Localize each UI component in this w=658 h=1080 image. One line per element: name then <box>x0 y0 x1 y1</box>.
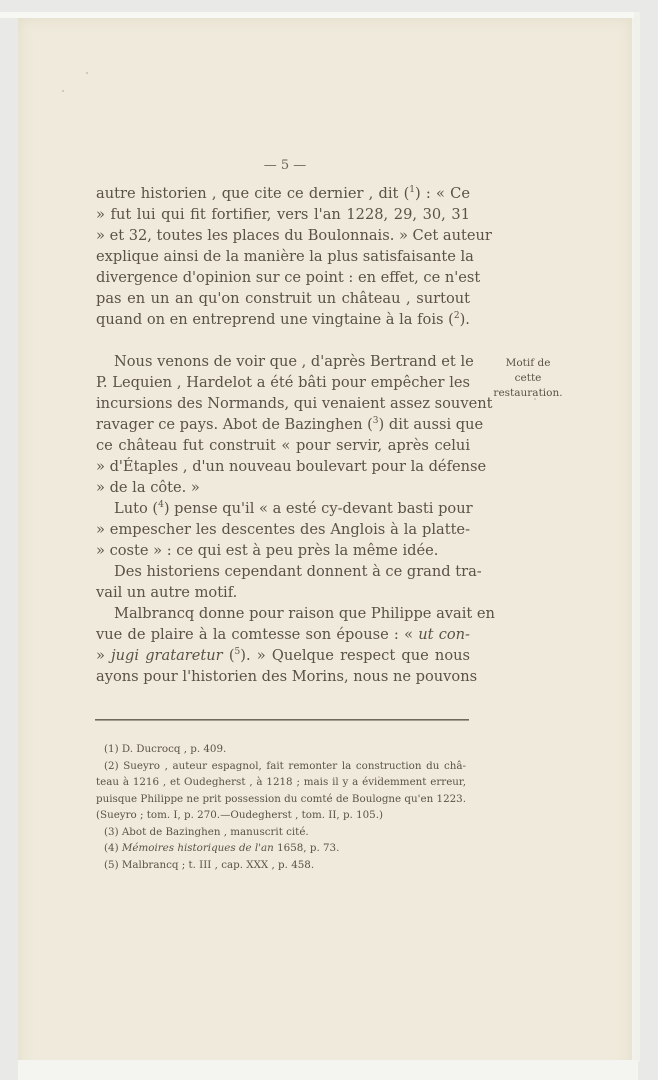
page-edge-bottom <box>18 1060 638 1080</box>
paper-speck <box>378 776 380 778</box>
paragraph-2: Nous venons de voir que , d'après Bertra… <box>96 351 470 687</box>
text-line: ravager ce pays. Abot de Bazinghen (3) d… <box>96 414 470 435</box>
text-line: explique ainsi de la manière la plus sat… <box>96 246 470 267</box>
text-line: » coste » : ce qui est à peu près la mêm… <box>96 540 470 561</box>
footnote-3: (3) Abot de Bazinghen , manuscrit cité. <box>96 824 470 841</box>
margin-note-line: restauration. <box>484 386 572 401</box>
text-line: » fut lui qui fit fortifier, vers l'an 1… <box>96 204 470 225</box>
paper-speck <box>62 90 64 92</box>
paragraph-1: autre historien , que cite ce dernier , … <box>96 183 470 330</box>
text-line: Nous venons de voir que , d'après Bertra… <box>96 351 470 372</box>
footnotes: (1) D. Ducrocq , p. 409. (2) Sueyro , au… <box>96 741 470 873</box>
text-line: » d'Étaples , d'un nouveau boulevart pou… <box>96 456 470 477</box>
page-number: — 5 — <box>255 158 315 173</box>
footnote-separator <box>95 719 469 721</box>
scanned-page-view: — 5 — autre historien , que cite ce dern… <box>0 0 658 1080</box>
footnote-4: (4) Mémoires historiques de l'an 1658, p… <box>96 840 470 857</box>
footnote-2-line: teau à 1216 , et Oudegherst , à 1218 ; m… <box>96 774 466 791</box>
text-line: » jugi grataretur (5). » Quelque respect… <box>96 645 470 666</box>
footnote-1: (1) D. Ducrocq , p. 409. <box>96 741 470 758</box>
text-line: vail un autre motif. <box>96 582 470 603</box>
footnote-2-line: (2) Sueyro , auteur espagnol, fait remon… <box>96 758 466 775</box>
text-line: Luto (4) pense qu'il « a esté cy-devant … <box>96 498 470 519</box>
text-line: ce château fut construit « pour servir, … <box>96 435 470 456</box>
text-line: » de la côte. » <box>96 477 470 498</box>
page-edge-right <box>634 12 640 1062</box>
margin-note-line: cette <box>484 371 572 386</box>
text-line: incursions des Normands, qui venaient as… <box>96 393 470 414</box>
text-line: » et 32, toutes les places du Boulonnais… <box>96 225 470 246</box>
text-line: P. Lequien , Hardelot a été bâti pour em… <box>96 372 470 393</box>
footnote-2-line: (Sueyro ; tom. I, p. 270.—Oudegherst , t… <box>96 807 470 824</box>
text-line: pas en un an qu'on construit un château … <box>96 288 470 309</box>
text-line: vue de plaire à la comtesse son épouse :… <box>96 624 470 645</box>
text-line: quand on en entreprend une vingtaine à l… <box>96 309 470 330</box>
text-line: divergence d'opinion sur ce point : en e… <box>96 267 470 288</box>
footnote-5: (5) Malbrancq ; t. III , cap. XXX , p. 4… <box>96 857 470 874</box>
footnote-2-line: puisque Philippe ne prit possession du c… <box>96 791 466 808</box>
paper-speck <box>534 398 536 400</box>
paper-speck <box>86 72 88 74</box>
text-line: ayons pour l'historien des Morins, nous … <box>96 666 470 687</box>
margin-note: Motif de cette restauration. <box>484 356 572 401</box>
margin-note-line: Motif de <box>484 356 572 371</box>
text-line: autre historien , que cite ce dernier , … <box>96 183 470 204</box>
text-line: » empescher les descentes des Anglois à … <box>96 519 470 540</box>
text-line: Des historiens cependant donnent à ce gr… <box>96 561 470 582</box>
text-line: Malbrancq donne pour raison que Philippe… <box>96 603 470 624</box>
